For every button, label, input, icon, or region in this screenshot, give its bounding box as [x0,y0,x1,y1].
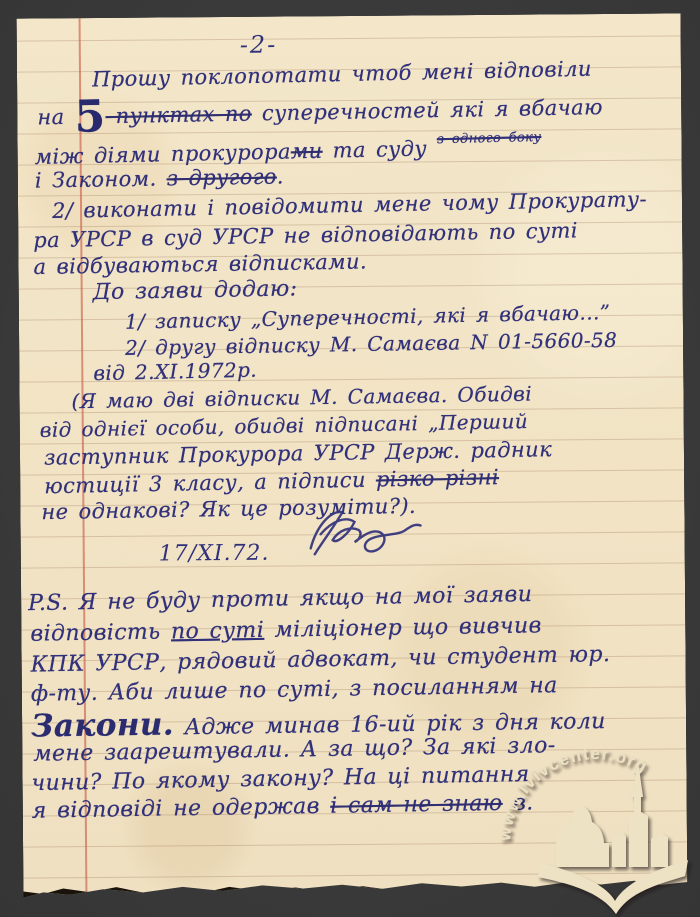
handwriting-line: і Законом. з другого. [35,166,284,191]
handwriting-line: від 2.XI.1972р. [93,360,257,384]
handwriting-segment: і Законом. [35,166,167,192]
handwriting-line: я відповіді не одержав і сам не знаю в. [32,792,534,822]
handwriting-line: юстиції 3 класу, а підписи різко різні [44,467,499,497]
handwriting-segment: Прошу поклопотати чтоб мені відповіли [92,57,592,92]
lviv-skyline-icon [538,766,688,914]
handwriting-line: ф-ту. Аби лише по суті, з посиланням на [31,675,558,706]
handwriting-segment: від однієї особи, обидві підписані „Перш… [40,409,529,442]
handwriting-line: КПК УРСР, рядовий адвокат, чи студент юр… [30,644,610,677]
handwriting-segment: ра УРСР в суд УРСР не відповідають по су… [33,218,578,252]
signature-icon [296,503,446,566]
handwriting-line: P.S. Я не буду проти якщо на мої заяви [28,584,533,615]
handwriting-line: 2/ виконати і повідомити мене чому Проку… [52,189,647,222]
handwriting-line: а відбуваються відписками. [33,251,367,278]
handwriting-segment: юстиції 3 класу, а підписи [44,468,376,499]
handwriting-line: чини? По якому закону? На ці питання [31,764,529,795]
watermark: www.lvivcenter.org [488,735,700,917]
handwriting-segment: . [277,164,284,188]
handwriting-line: мене заарештували. А за що? За які зло- [33,735,556,766]
handwriting-segment: відповість [30,619,171,646]
handwriting-segment: та суду [322,136,437,162]
handwriting-segment: P.S. Я не буду проти якщо на мої заяви [28,582,533,616]
handwriting-segment: ми [291,139,323,164]
signature-scribble [296,503,447,570]
handwriting-line: заступник Прокурора УРСР Держ. радник [44,439,552,468]
handwriting-segment: ф-ту. Аби лише по суті, з посиланням на [31,673,558,707]
handwriting-segment: а відбуваються відписками. [33,249,367,279]
handwriting-line: 1/ записку „Суперечності, які я вбачаю..… [125,302,611,332]
handwriting-segment: і сам не знаю [330,791,503,819]
handwriting-line: між діями прокурорами та суду з одного б… [34,131,541,168]
handwriting-segment: я відповіді не одержав [32,794,331,824]
handwriting-line: До заяви додаю: [93,278,298,304]
handwriting-line: 2/ другу відписку М. Самаєва N 01-5660-5… [125,330,617,358]
handwriting-line: Прошу поклопотати чтоб мені відповіли [92,59,592,91]
handwriting-segment: До заяви додаю: [92,276,297,305]
handwriting-segment: по суті [171,618,265,645]
handwriting-segment: від 2.XI.1972р. [93,358,257,386]
handwriting-line: ра УРСР в суд УРСР не відповідають по су… [33,220,578,251]
handwriting-segment: 5 [74,91,106,143]
handwriting-segment: 2/ виконати і повідомити мене чому Проку… [52,187,647,223]
handwriting-segment: суперечностей які я вбачаю [252,95,604,125]
lvivcenter-watermark-icon: www.lvivcenter.org [488,735,700,917]
handwriting-segment: КПК УРСР, рядовий адвокат, чи студент юр… [30,642,610,678]
handwriting-segment: (Я маю дві відписки М. Самаєва. Обидві [71,382,532,414]
handwriting-segment: з другого [166,165,277,191]
handwriting-segment: на [37,105,75,130]
handwriting-segment: 2/ другу відписку М. Самаєва N 01-5660-5… [125,328,618,360]
handwriting-segment: різко різні [376,465,500,491]
handwriting-line: (Я маю дві відписки М. Самаєва. Обидві [71,384,532,412]
handwriting-line: від однієї особи, обидві підписані „Перш… [40,411,529,440]
handwriting-segment: з одного боку [437,130,542,147]
handwriting-segment: пунктах по [105,101,252,128]
date: 17/XI.72. [159,541,270,567]
handwriting-segment: міліціонер що вивчив [264,613,542,643]
handwriting-line: відповість по суті міліціонер що вивчив [30,615,542,645]
photo-background: -2- Прошу поклопотати чтоб мені відповіл… [0,0,700,917]
handwriting-line: на 5 пунктах по суперечностей які я вбач… [37,97,603,128]
